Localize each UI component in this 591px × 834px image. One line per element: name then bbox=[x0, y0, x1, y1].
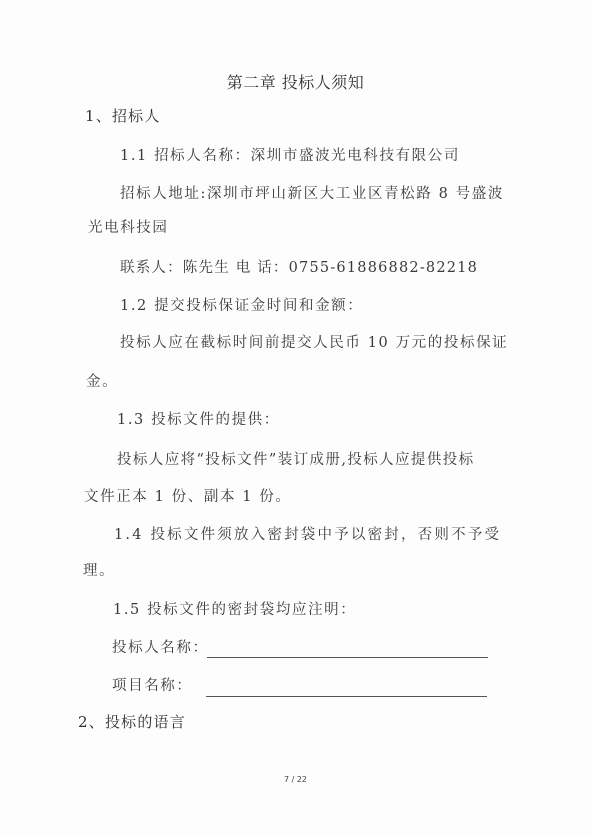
address-line-1: 招标人地址:深圳市坪山新区大工业区青松路 8 号盛波 bbox=[120, 184, 504, 204]
contact-line: 联系人：陈先生 电 话：0755-61886882-82218 bbox=[120, 258, 478, 278]
item-1-4-line-1: 1.4 投标文件须放入密封袋中予以密封，否则不予受 bbox=[114, 525, 501, 545]
deposit-line-1: 投标人应在截标时间前提交人民币 10 万元的投标保证 bbox=[120, 333, 508, 353]
address-line-2: 光电科技园 bbox=[88, 218, 169, 238]
bidder-name-label: 投标人名称： bbox=[112, 638, 209, 658]
item-1-3: 1.3 投标文件的提供： bbox=[117, 410, 280, 430]
project-name-blank-line bbox=[206, 696, 487, 697]
item-1-5: 1.5 投标文件的密封袋均应注明： bbox=[113, 600, 356, 620]
section-1-heading: 1、招标人 bbox=[85, 106, 161, 126]
page-number: 7 / 22 bbox=[0, 775, 591, 784]
project-name-label: 项目名称： bbox=[112, 676, 193, 696]
chapter-title: 第二章 投标人须知 bbox=[0, 70, 591, 93]
bidder-name-blank-line bbox=[207, 657, 488, 658]
section-2-heading: 2、投标的语言 bbox=[78, 712, 186, 732]
item-1-1: 1.1 招标人名称：深圳市盛波光电科技有限公司 bbox=[120, 146, 460, 166]
deposit-line-2: 金。 bbox=[86, 372, 118, 392]
item-1-2: 1.2 提交投标保证金时间和金额： bbox=[120, 296, 363, 316]
item-1-4-line-2: 理。 bbox=[83, 561, 115, 581]
provide-line-2: 文件正本 1 份、副本 1 份。 bbox=[84, 487, 292, 507]
provide-line-1: 投标人应将“投标文件”装订成册,投标人应提供投标 bbox=[117, 450, 475, 470]
